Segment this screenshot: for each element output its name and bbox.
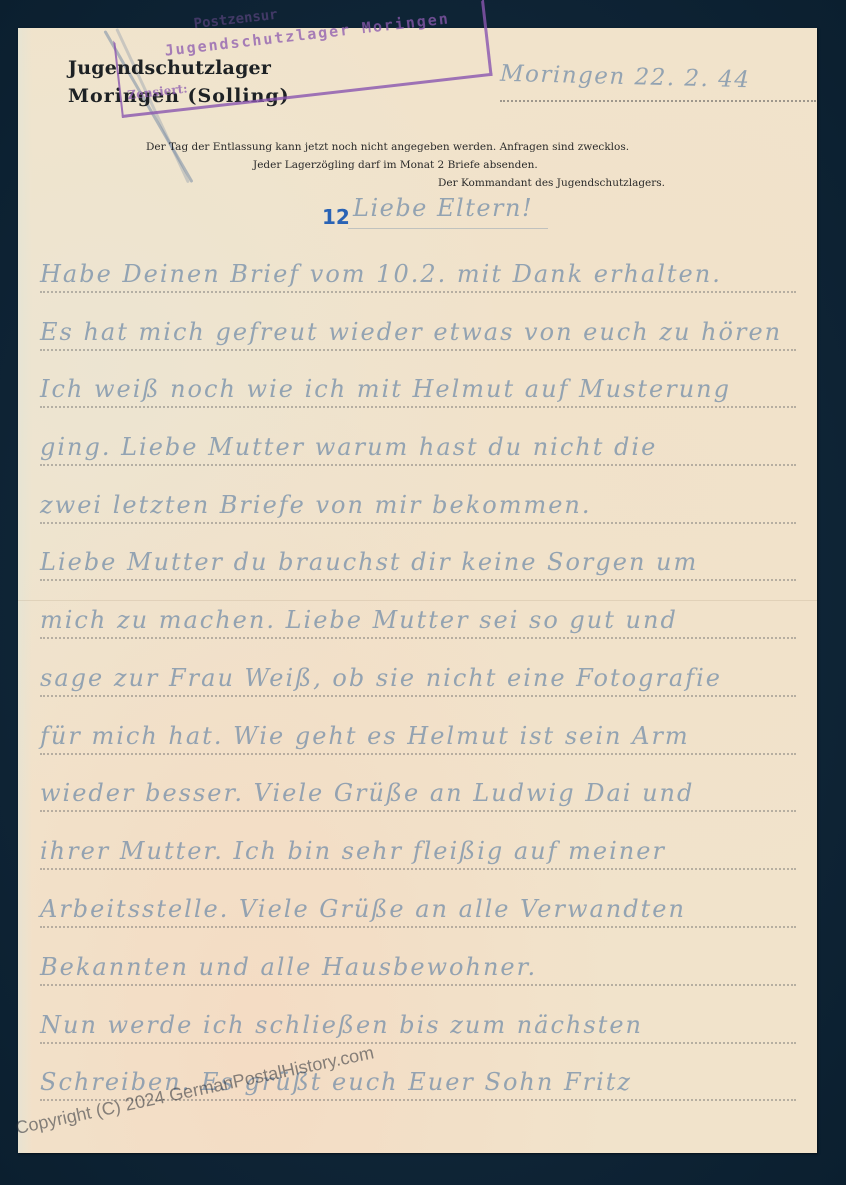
letter-line-1: Habe Deinen Brief vom 10.2. mit Dank erh… <box>40 260 722 288</box>
ruled-line <box>40 637 796 639</box>
ruled-line <box>40 810 796 812</box>
ruled-line <box>40 406 796 408</box>
letter-line-11: ihrer Mutter. Ich bin sehr fleißig auf m… <box>40 837 666 865</box>
letter-line-3: Ich weiß noch wie ich mit Helmut auf Mus… <box>40 375 731 403</box>
ruled-line <box>40 291 796 293</box>
letter-line-14: Nun werde ich schließen bis zum nächsten <box>40 1011 643 1039</box>
ruled-line <box>40 579 796 581</box>
letter-line-6: Liebe Mutter du brauchst dir keine Sorge… <box>40 548 698 576</box>
letter-line-9: für mich hat. Wie geht es Helmut ist sei… <box>40 722 690 750</box>
letter-line-5: zwei letzten Briefe von mir bekommen. <box>40 491 592 519</box>
ruled-line <box>40 753 796 755</box>
letter-body: Habe Deinen Brief vom 10.2. mit Dank erh… <box>18 28 817 1153</box>
ruled-line <box>40 349 796 351</box>
ruled-line <box>40 464 796 466</box>
letter-line-2: Es hat mich gefreut wieder etwas von euc… <box>40 318 782 346</box>
ruled-line <box>40 1042 796 1044</box>
ruled-line <box>40 868 796 870</box>
ruled-line <box>40 926 796 928</box>
letter-line-4: ging. Liebe Mutter warum hast du nicht d… <box>40 433 657 461</box>
ruled-line <box>40 984 796 986</box>
letter-line-13: Bekannten und alle Hausbewohner. <box>40 953 537 981</box>
letter-line-12: Arbeitsstelle. Viele Grüße an alle Verwa… <box>40 895 686 923</box>
ruled-line <box>40 522 796 524</box>
letter-sheet: Jugendschutzlager Moringen (Solling) Pos… <box>18 28 817 1153</box>
letter-line-7: mich zu machen. Liebe Mutter sei so gut … <box>40 606 678 634</box>
ruled-line <box>40 695 796 697</box>
letter-line-8: sage zur Frau Weiß, ob sie nicht eine Fo… <box>40 664 722 692</box>
letter-line-15-signature: Schreiben. Es grüßt euch Euer Sohn Fritz <box>40 1068 632 1096</box>
letter-line-10: wieder besser. Viele Grüße an Ludwig Dai… <box>40 779 694 807</box>
